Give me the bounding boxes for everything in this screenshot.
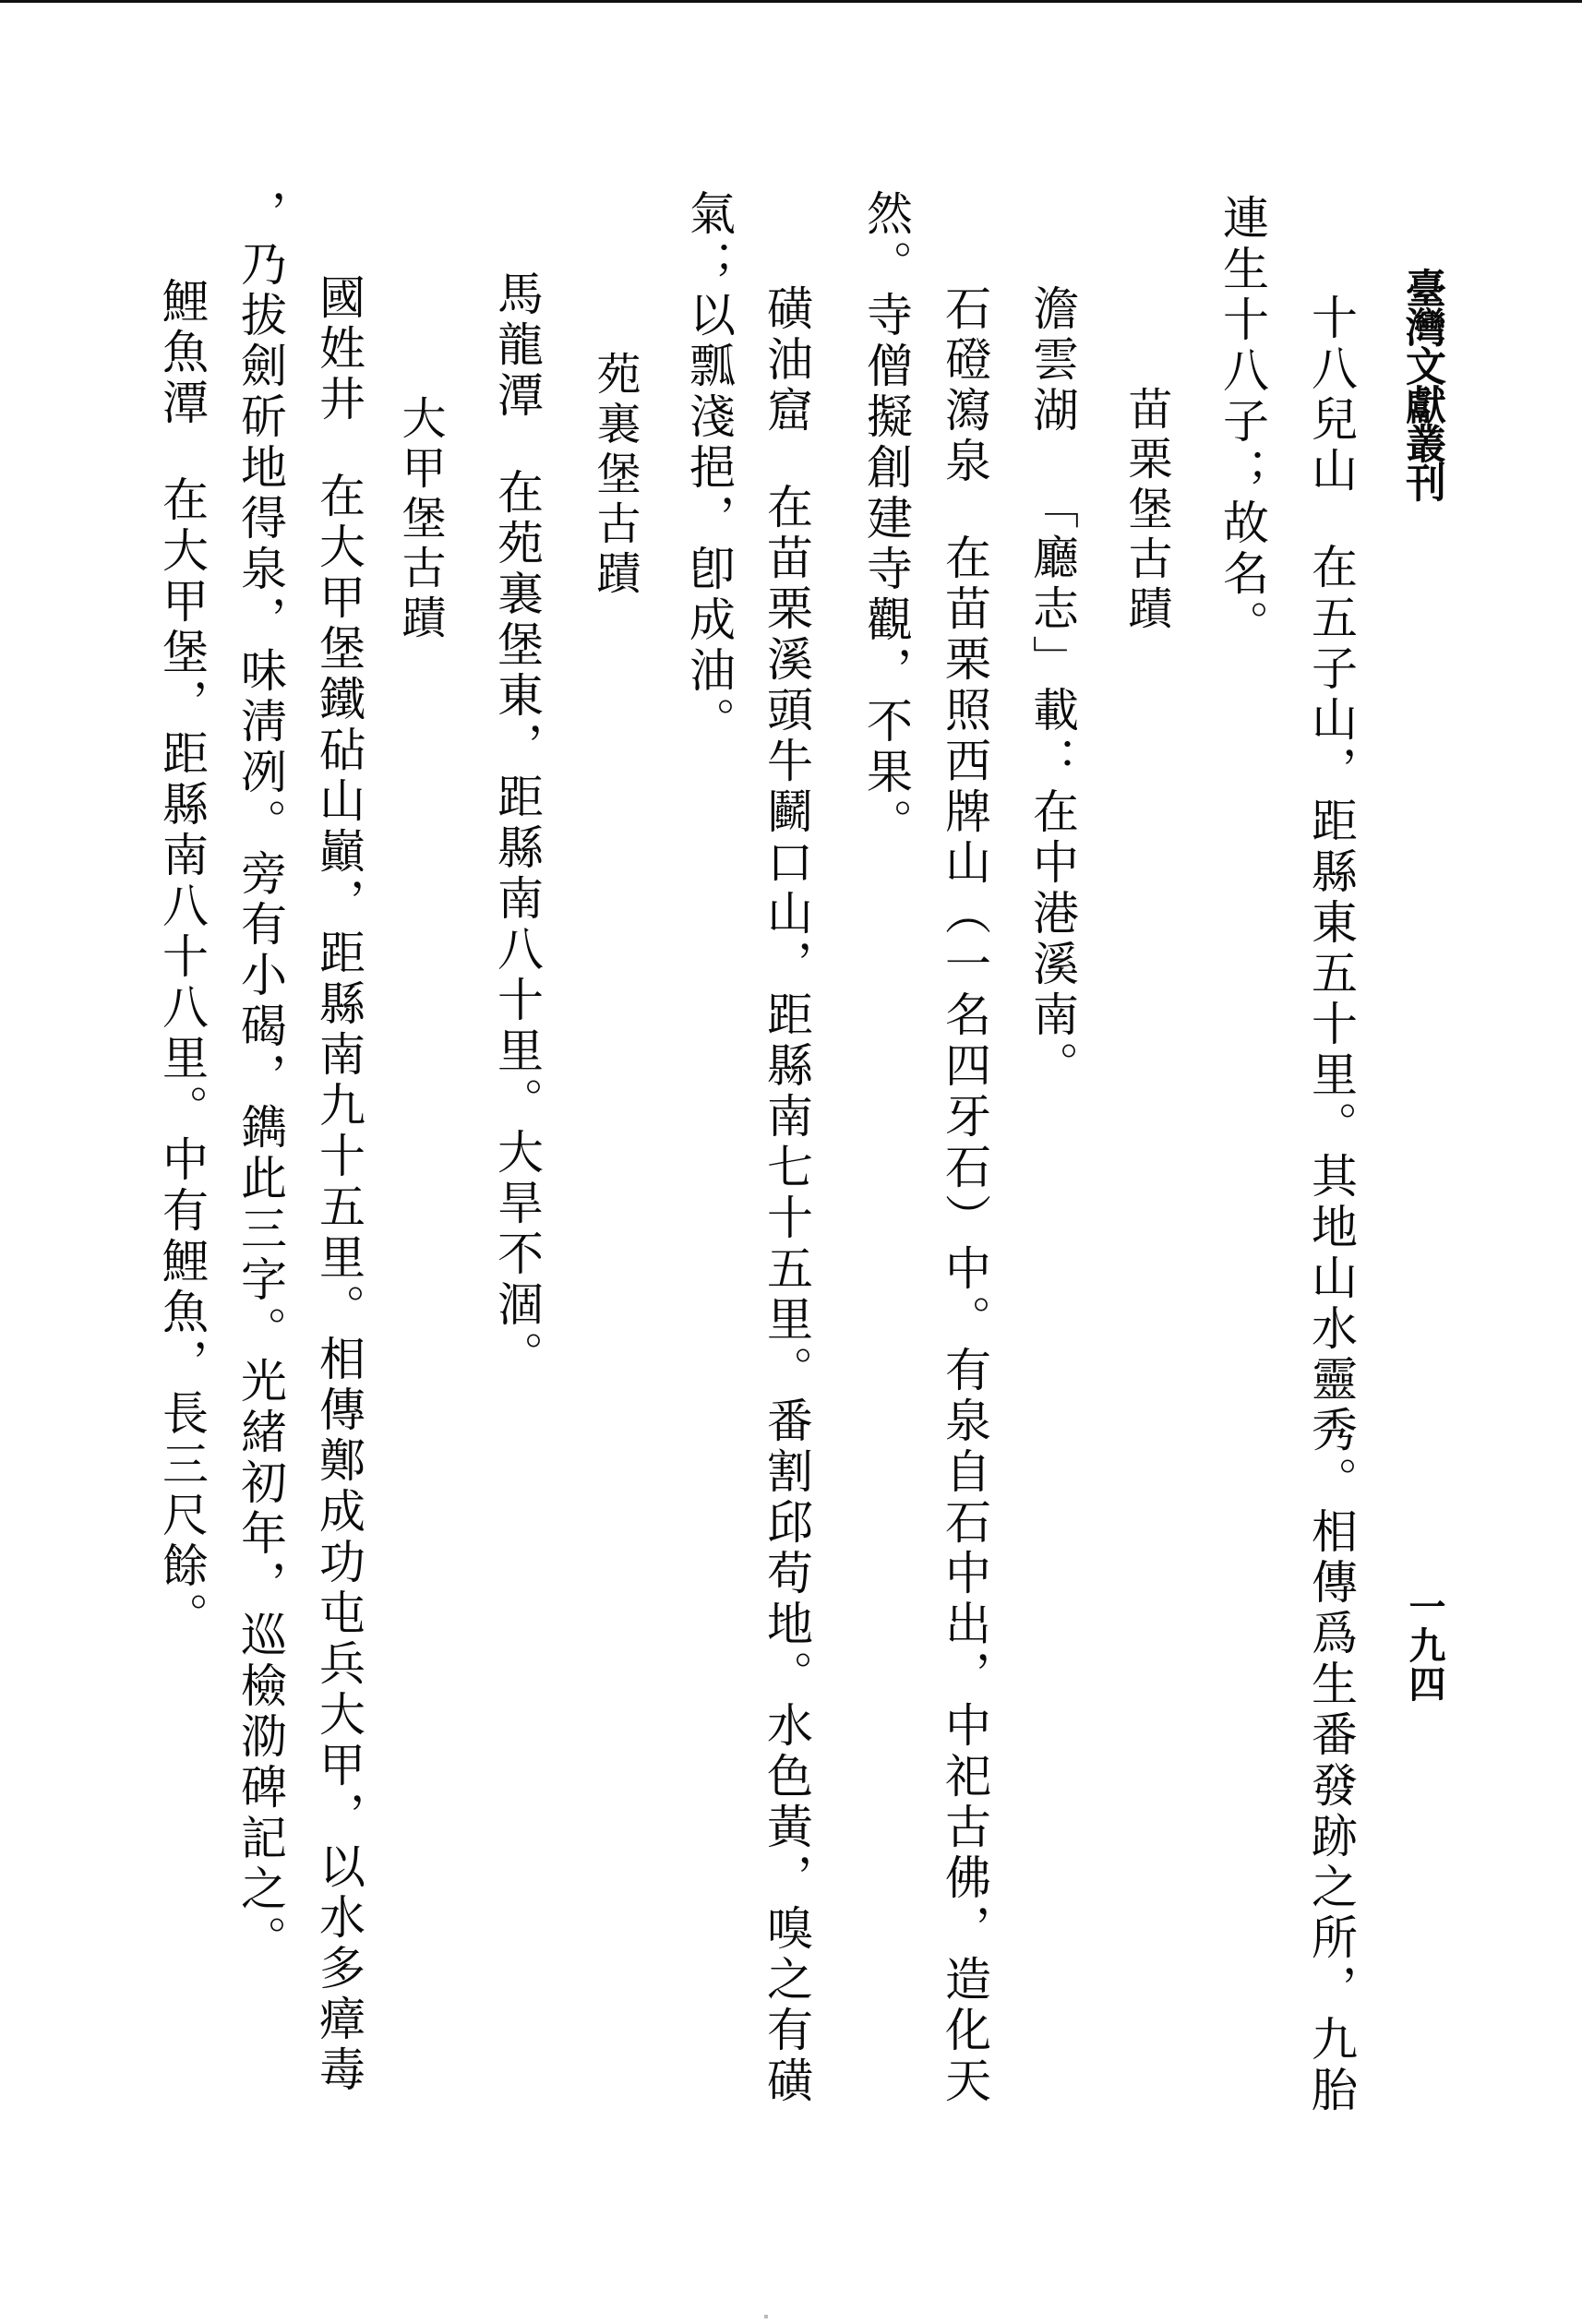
top-border-rule [0,0,1582,3]
heading-text: 大甲堡古蹟 [394,395,446,644]
entry-text: 連生十八子；故名。 [1216,194,1269,651]
series-title: 臺灣文獻叢刊 [1398,268,1444,500]
entry-shideng-xiequan: 石磴瀉泉在苗栗照西牌山（一名四牙石）中。有泉自石中出，中祀古佛，造化天 [937,284,992,2107]
heading-text: 苑裏堡古蹟 [589,351,641,600]
entry-text: 在大甲堡鐵砧山巓，距縣南九十五里。相傳鄭成功屯兵大甲，以水多瘴毒 [312,472,366,2096]
page-number: 一九四 [1401,1587,1447,1704]
entry-term: 磺油窟 [760,284,813,437]
section-heading-miaoli: 苗栗堡古蹟 [1119,386,1174,635]
entry-text: 在苑裏堡東，距縣南八十里。大旱不涸。 [490,468,544,1382]
entry-text: 在苗栗溪頭牛鬬口山，距縣南七十五里。番割邱苟地。水色黃，嗅之有磺 [760,483,813,2107]
entry-term: 澹雲湖 [1025,284,1079,437]
heading-text: 苗栗堡古蹟 [1121,386,1172,635]
entry-guoxing-jing: 國姓井在大甲堡鐵砧山巓，距縣南九十五里。相傳鄭成功屯兵大甲，以水多瘴毒 [311,273,366,2096]
entry-text: ，乃拔劍斫地得泉，味淸冽。旁有小碣，鐫此三字。光緒初年，巡檢泐碑記之。 [234,189,287,1966]
entry-danyun-hu: 澹雲湖「廳志」載：在中港溪南。 [1025,284,1080,1092]
entry-text: 然。寺僧擬創建寺觀，不果。 [859,189,913,849]
entry-term: 十八兒山 [1304,293,1358,497]
continuation-line: ，乃拔劍斫地得泉，味淸冽。旁有小碣，鐫此三字。光緒初年，巡檢泐碑記之。 [233,189,288,1966]
continuation-line: 氣；以瓢淺挹，卽成油。 [681,189,737,748]
entry-term: 馬龍潭 [490,270,544,422]
section-heading-yuanli: 苑裏堡古蹟 [587,351,642,600]
entry-term: 鯉魚潭 [155,277,209,429]
entry-text: 在五子山，距縣東五十里。其地山水靈秀。相傳爲生番發跡之所，九胎 [1304,543,1358,2116]
continuation-line: 然。寺僧擬創建寺觀，不果。 [858,189,914,849]
scan-speck [764,2315,768,2318]
entry-text: 氣；以瓢淺挹，卽成油。 [682,189,736,748]
continuation-line: 連生十八子；故名。 [1215,194,1270,651]
entry-huangyou-ku: 磺油窟在苗栗溪頭牛鬬口山，距縣南七十五里。番割邱苟地。水色黃，嗅之有磺 [759,284,814,2107]
entry-text: 「廳志」載：在中港溪南。 [1025,483,1079,1092]
entry-text: 在大甲堡，距縣南八十八里。中有鯉魚，長三尺餘。 [155,475,209,1643]
entry-term: 國姓井 [312,273,366,425]
entry-shibaer-shan: 十八兒山在五子山，距縣東五十里。其地山水靈秀。相傳爲生番發跡之所，九胎 [1303,293,1359,2116]
entry-text: 在苗栗照西牌山（一名四牙石）中。有泉自石中出，中祀古佛，造化天 [938,533,991,2107]
entry-term: 石磴瀉泉 [938,284,991,487]
entry-malong-tan: 馬龍潭在苑裏堡東，距縣南八十里。大旱不涸。 [489,270,545,1382]
section-heading-dajia: 大甲堡古蹟 [392,395,448,644]
entry-liyu-tan: 鯉魚潭在大甲堡，距縣南八十八里。中有鯉魚，長三尺餘。 [154,277,210,1643]
